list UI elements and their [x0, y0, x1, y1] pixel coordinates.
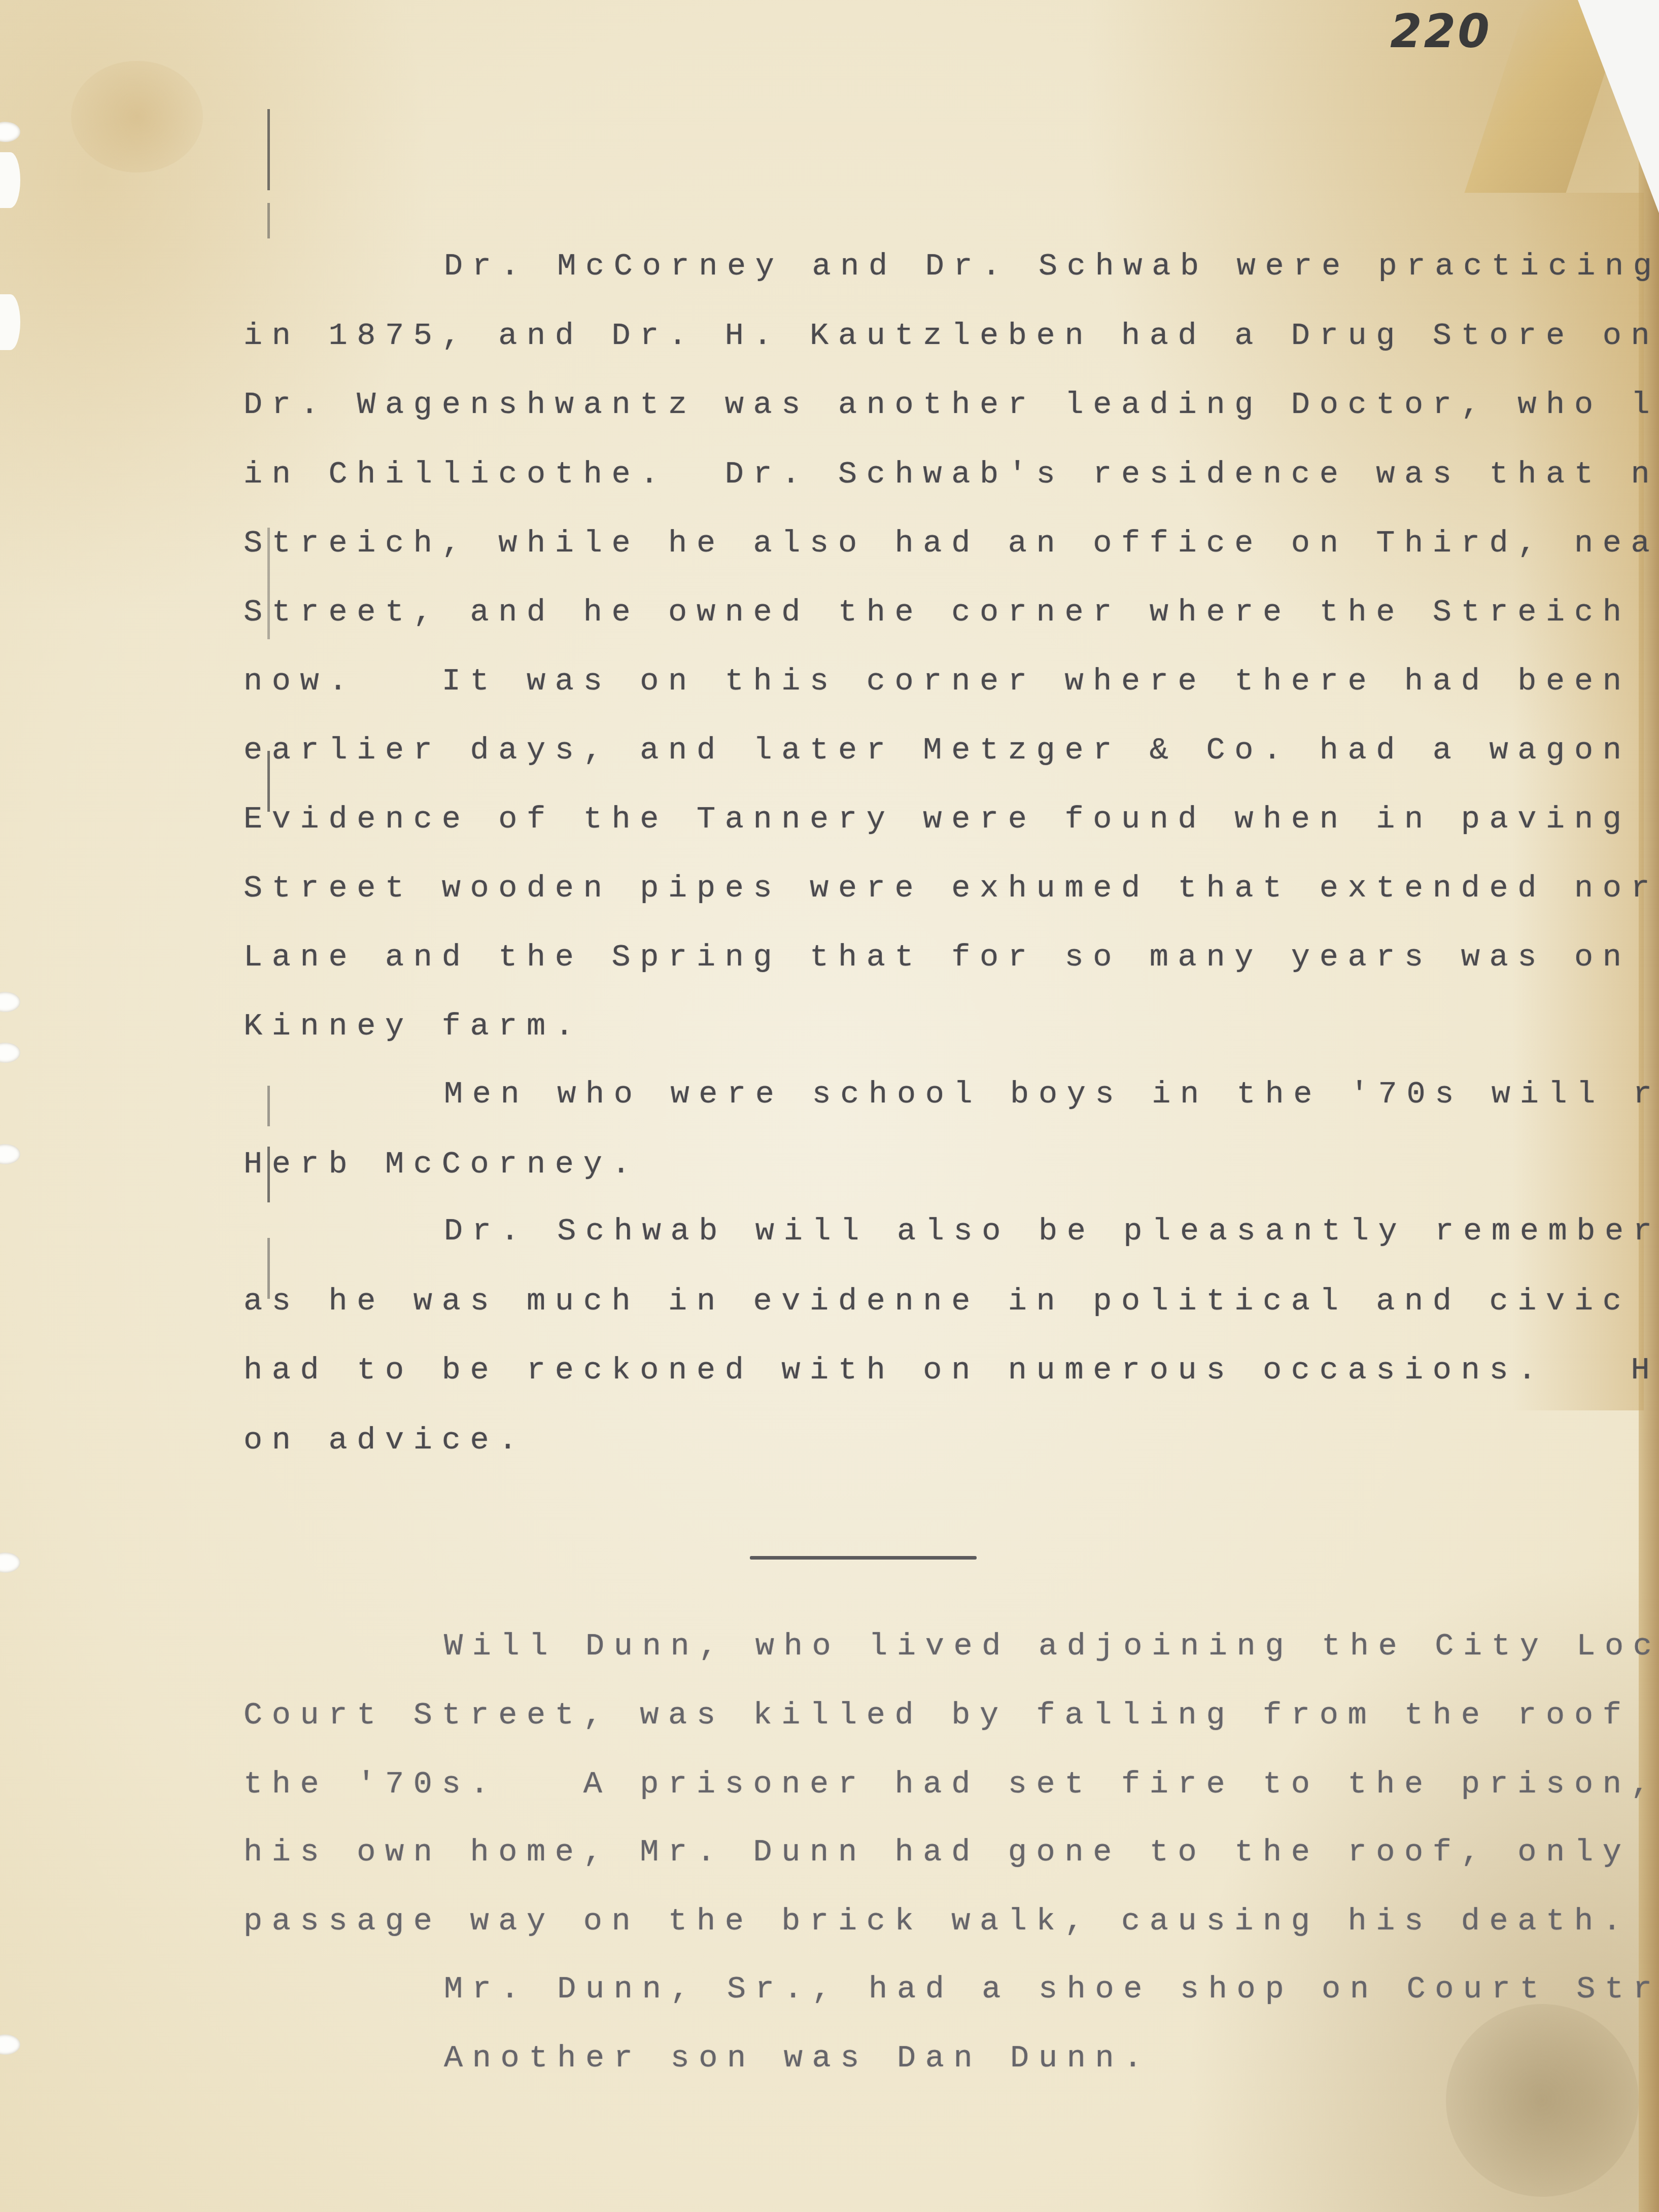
punch-hole: [0, 1043, 20, 1063]
text-line: Men who were school boys in the '70s wil…: [444, 1079, 1659, 1110]
text-line: Dr. McCorney and Dr. Schwab were practic…: [444, 251, 1659, 282]
text-line: in Chillicothe. Dr. Schwab's residence w…: [244, 459, 1659, 490]
text-line: Dr. Wagenshwantz was another leading Doc…: [244, 389, 1659, 421]
margin-bar-mark: [267, 203, 270, 238]
text-line: now. It was on this corner where there h…: [244, 666, 1659, 697]
text-line: earlier days, and later Metzger & Co. ha…: [244, 735, 1659, 766]
text-line: Street wooden pipes were exhumed that ex…: [244, 873, 1659, 904]
folded-corner: [1578, 0, 1659, 213]
punch-hole: [0, 2034, 20, 2055]
text-line: Streich, while he also had an office on …: [244, 528, 1659, 559]
text-line: Evidence of the Tannery were found when …: [244, 804, 1659, 835]
paper-stain-top-left: [71, 61, 203, 172]
text-line: his own home, Mr. Dunn had gone to the r…: [244, 1837, 1659, 1868]
text-line: Court Street, was killed by falling from…: [244, 1700, 1659, 1731]
text-line: had to be reckoned with on numerous occa…: [244, 1355, 1659, 1386]
text-line: on advice.: [244, 1425, 527, 1456]
text-line: passage way on the brick walk, causing h…: [244, 1906, 1631, 1937]
margin-bar-mark: [267, 109, 270, 190]
text-line: Dr. Schwab will also be pleasantly remem…: [444, 1216, 1659, 1247]
text-line: as he was much in evidenne in political …: [244, 1286, 1659, 1317]
paper-stain-bottom-right: [1446, 2004, 1639, 2197]
text-line: Another son was Dan Dunn.: [444, 2043, 1152, 2074]
text-line: the '70s. A prisoner had set fire to the…: [244, 1769, 1659, 1800]
text-line: Kinney farm.: [244, 1011, 583, 1042]
text-line: in 1875, and Dr. H. Kautzleben had a Dru…: [244, 320, 1659, 352]
punch-hole: [0, 992, 20, 1012]
text-line: Street, and he owned the corner where th…: [244, 597, 1659, 628]
text-line: Lane and the Spring that for so many yea…: [244, 942, 1659, 973]
section-divider-rule: [750, 1556, 977, 1560]
punch-hole: [0, 1144, 20, 1164]
document-page: 220 Dr. McCorney and Dr. Schwab were pra…: [0, 0, 1659, 2212]
page-number: 220: [1390, 5, 1492, 58]
text-line: Mr. Dunn, Sr., had a shoe shop on Court …: [444, 1974, 1659, 2005]
torn-edge: [0, 294, 20, 350]
torn-edge: [0, 152, 20, 208]
text-line: Herb McCorney.: [244, 1149, 640, 1180]
punch-hole: [0, 122, 20, 142]
margin-bar-mark: [267, 1086, 270, 1126]
punch-hole: [0, 1552, 20, 1573]
text-line: Will Dunn, who lived adjoining the City …: [444, 1631, 1659, 1662]
